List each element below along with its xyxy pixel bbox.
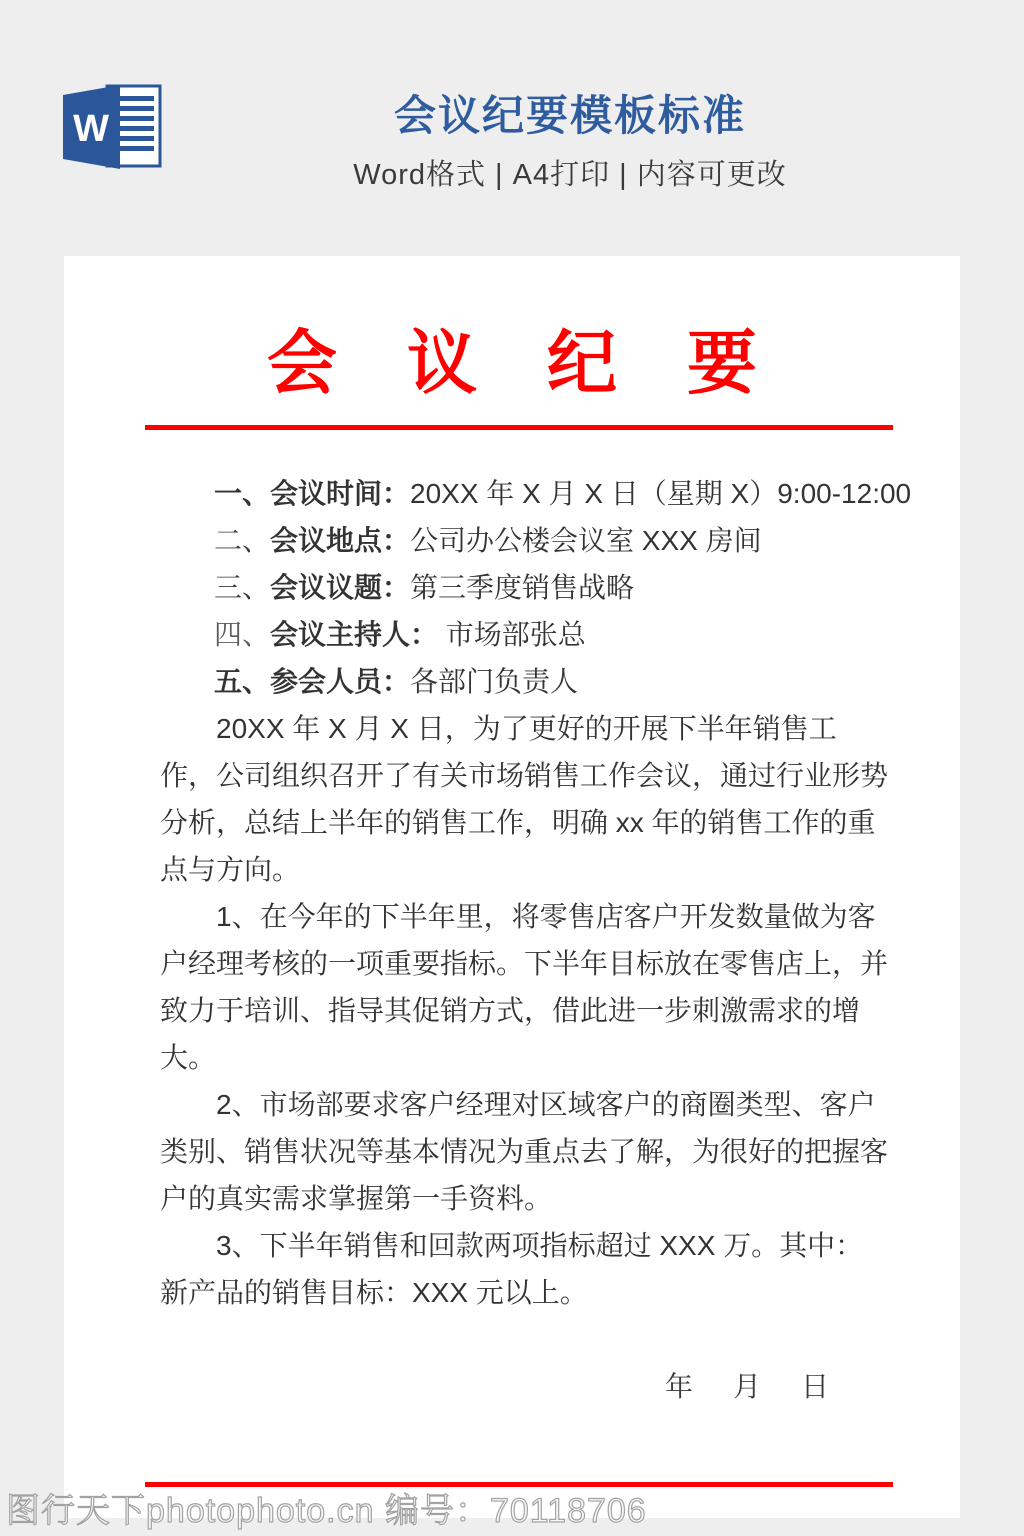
word-icon: W <box>63 84 163 170</box>
meta-number: 三、 <box>214 572 270 603</box>
meta-item-time: 一、会议时间：20XX 年 X 月 X 日（星期 X）9:00-12:00 <box>160 470 890 517</box>
meta-value: 市场部张总 <box>438 619 586 650</box>
date-line: 年 月 日 <box>160 1363 890 1410</box>
meta-number: 一、 <box>214 478 270 509</box>
meta-value: 各部门负责人 <box>410 666 578 697</box>
meta-number: 五、 <box>214 666 270 697</box>
meta-list: 一、会议时间：20XX 年 X 月 X 日（星期 X）9:00-12:00 二、… <box>160 470 890 705</box>
meta-label: 会议议题： <box>270 572 410 603</box>
meta-label: 会议主持人： <box>270 619 438 650</box>
meta-item-attendees: 五、参会人员：各部门负责人 <box>160 658 890 705</box>
meta-label: 参会人员： <box>270 666 410 697</box>
paragraph-intro: 20XX 年 X 月 X 日，为了更好的开展下半年销售工作，公司组织召开了有关市… <box>160 705 890 893</box>
meta-number: 四、 <box>214 619 270 650</box>
document-title: 会 议 纪 要 <box>64 318 960 409</box>
template-title: 会议纪要模板标准 <box>180 92 960 140</box>
meta-item-host: 四、会议主持人： 市场部张总 <box>160 611 890 658</box>
meta-label: 会议时间： <box>270 478 410 509</box>
meta-number: 二、 <box>214 525 270 556</box>
meta-value: 20XX 年 X 月 X 日（星期 X）9:00-12:00 <box>410 478 911 509</box>
meta-value: 公司办公楼会议室 XXX 房间 <box>410 525 762 556</box>
paragraph-point-3: 3、下半年销售和回款两项指标超过 XXX 万。其中：新产品的销售目标：XXX 元… <box>160 1222 890 1316</box>
header-text-block: 会议纪要模板标准 Word格式 | A4打印 | 内容可更改 <box>180 92 960 193</box>
paragraph-point-2: 2、市场部要求客户经理对区域客户的商圈类型、客户类别、销售状况等基本情况为重点去… <box>160 1081 890 1222</box>
word-icon-letter: W <box>73 108 109 150</box>
meta-label: 会议地点： <box>270 525 410 556</box>
meta-item-topic: 三、会议议题：第三季度销售战略 <box>160 564 890 611</box>
meta-value: 第三季度销售战略 <box>410 572 634 603</box>
document-page: 会 议 纪 要 一、会议时间：20XX 年 X 月 X 日（星期 X）9:00-… <box>64 256 960 1518</box>
paragraph-point-1: 1、在今年的下半年里，将零售店客户开发数量做为客户经理考核的一项重要指标。下半年… <box>160 893 890 1081</box>
template-subtitle: Word格式 | A4打印 | 内容可更改 <box>180 152 960 193</box>
meta-item-place: 二、会议地点：公司办公楼会议室 XXX 房间 <box>160 517 890 564</box>
watermark-text: 图行天下photophoto.cn 编号：70118706 <box>6 1483 647 1532</box>
document-body: 一、会议时间：20XX 年 X 月 X 日（星期 X）9:00-12:00 二、… <box>64 470 960 1410</box>
title-divider <box>145 425 893 430</box>
